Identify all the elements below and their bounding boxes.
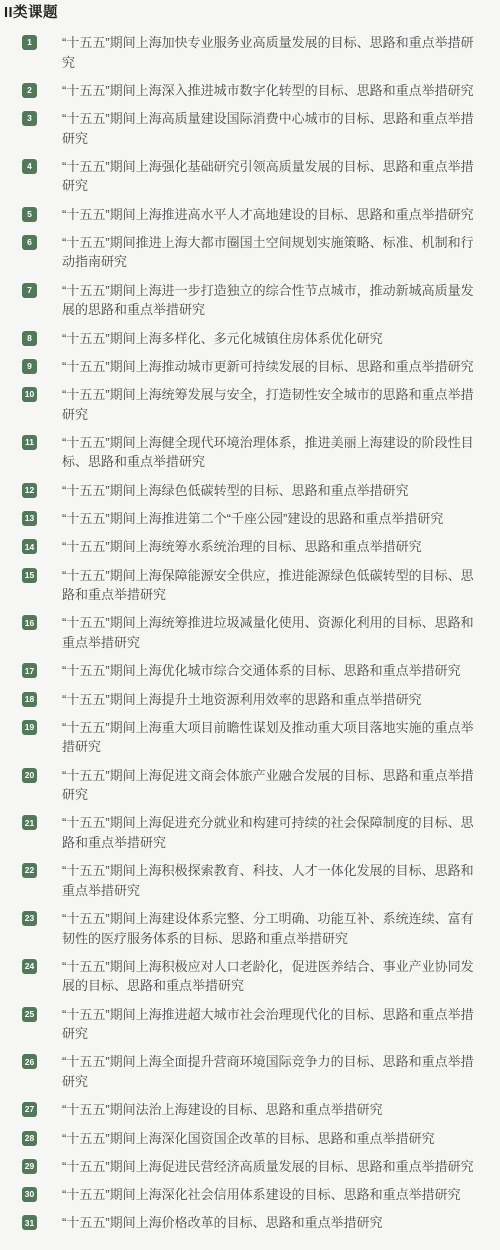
document-page: II类课题 1 “十五五”期间上海加快专业服务业高质量发展的目标、思路和重点举措… (0, 0, 500, 1250)
topic-item: 17 “十五五”期间上海优化城市综合交通体系的目标、思路和重点举措研究 (0, 661, 500, 681)
topic-item: 24 “十五五”期间上海积极应对人口老龄化，促进医养结合、事业产业协同发展的目标… (0, 957, 500, 996)
topic-title: “十五五”期间上海统筹发展与安全，打造韧性安全城市的思路和重点举措研究 (62, 385, 484, 424)
topic-number-badge: 15 (22, 568, 37, 583)
topic-title: “十五五”期间推进上海大都市圈国土空间规划实施策略、标准、机制和行动指南研究 (62, 233, 484, 272)
topic-item: 26 “十五五”期间上海全面提升营商环境国际竞争力的目标、思路和重点举措研究 (0, 1052, 500, 1091)
topic-item: 7 “十五五”期间上海进一步打造独立的综合性节点城市，推动新城高质量发展的思路和… (0, 281, 500, 320)
topic-number-badge: 12 (22, 483, 37, 498)
topic-title: “十五五”期间上海推进超大城市社会治理现代化的目标、思路和重点举措研究 (62, 1005, 484, 1044)
topic-number-badge: 28 (22, 1131, 37, 1146)
topic-item: 21 “十五五”期间上海促进充分就业和构建可持续的社会保障制度的目标、思路和重点… (0, 813, 500, 852)
topic-number-badge: 27 (22, 1102, 37, 1117)
topic-item: 30 “十五五”期间上海深化社会信用体系建设的目标、思路和重点举措研究 (0, 1185, 500, 1205)
topic-title: “十五五”期间上海积极应对人口老龄化，促进医养结合、事业产业协同发展的目标、思路… (62, 957, 484, 996)
topic-number-badge: 9 (22, 359, 37, 374)
topic-item: 31 “十五五”期间上海价格改革的目标、思路和重点举措研究 (0, 1213, 500, 1233)
topic-number-badge: 19 (22, 720, 37, 735)
topic-item: 27 “十五五”期间法治上海建设的目标、思路和重点举措研究 (0, 1100, 500, 1120)
topic-item: 28 “十五五”期间上海深化国资国企改革的目标、思路和重点举措研究 (0, 1129, 500, 1149)
topic-number-badge: 25 (22, 1007, 37, 1022)
topic-item: 10 “十五五”期间上海统筹发展与安全，打造韧性安全城市的思路和重点举措研究 (0, 385, 500, 424)
topic-number-badge: 21 (22, 815, 37, 830)
topic-title: “十五五”期间上海强化基础研究引领高质量发展的目标、思路和重点举措研究 (62, 157, 484, 196)
topic-number-badge: 11 (22, 435, 37, 450)
topic-item: 23 “十五五”期间上海建设体系完整、分工明确、功能互补、系统连续、富有韧性的医… (0, 909, 500, 948)
topic-title: “十五五”期间上海保障能源安全供应，推进能源绿色低碳转型的目标、思路和重点举措研… (62, 566, 484, 605)
topic-title: “十五五”期间上海深化社会信用体系建设的目标、思路和重点举措研究 (62, 1185, 484, 1205)
topic-title: “十五五”期间上海重大项目前瞻性谋划及推动重大项目落地实施的重点举措研究 (62, 718, 484, 757)
topic-title: “十五五”期间上海统筹水系统治理的目标、思路和重点举措研究 (62, 537, 484, 557)
topic-item: 22 “十五五”期间上海积极探索教育、科技、人才一体化发展的目标、思路和重点举措… (0, 861, 500, 900)
topic-title: “十五五”期间上海价格改革的目标、思路和重点举措研究 (62, 1213, 484, 1233)
topic-item: 3 “十五五”期间上海高质量建设国际消费中心城市的目标、思路和重点举措研究 (0, 109, 500, 148)
topic-title: “十五五”期间上海健全现代环境治理体系，推进美丽上海建设的阶段性目标、思路和重点… (62, 433, 484, 472)
topic-item: 1 “十五五”期间上海加快专业服务业高质量发展的目标、思路和重点举措研究 (0, 33, 500, 72)
topic-item: 2 “十五五”期间上海深入推进城市数字化转型的目标、思路和重点举措研究 (0, 81, 500, 101)
topic-title: “十五五”期间上海促进文商会体旅产业融合发展的目标、思路和重点举措研究 (62, 766, 484, 805)
topic-number-badge: 16 (22, 615, 37, 630)
topic-title: “十五五”期间上海绿色低碳转型的目标、思路和重点举措研究 (62, 481, 484, 501)
topic-number-badge: 29 (22, 1159, 37, 1174)
topic-title: “十五五”期间上海建设体系完整、分工明确、功能互补、系统连续、富有韧性的医疗服务… (62, 909, 484, 948)
topic-title: “十五五”期间上海促进民营经济高质量发展的目标、思路和重点举措研究 (62, 1157, 484, 1177)
topic-item: 4 “十五五”期间上海强化基础研究引领高质量发展的目标、思路和重点举措研究 (0, 157, 500, 196)
topic-number-badge: 5 (22, 207, 37, 222)
topic-item: 14 “十五五”期间上海统筹水系统治理的目标、思路和重点举措研究 (0, 537, 500, 557)
topic-item: 11 “十五五”期间上海健全现代环境治理体系，推进美丽上海建设的阶段性目标、思路… (0, 433, 500, 472)
topic-item: 18 “十五五”期间上海提升土地资源利用效率的思路和重点举措研究 (0, 690, 500, 710)
topic-number-badge: 6 (22, 235, 37, 250)
topic-number-badge: 26 (22, 1054, 37, 1069)
topic-title: “十五五”期间上海优化城市综合交通体系的目标、思路和重点举措研究 (62, 661, 484, 681)
topic-number-badge: 20 (22, 768, 37, 783)
topic-number-badge: 3 (22, 111, 37, 126)
topic-title: “十五五”期间上海多样化、多元化城镇住房体系优化研究 (62, 329, 484, 349)
topic-number-badge: 4 (22, 159, 37, 174)
topic-list: 1 “十五五”期间上海加快专业服务业高质量发展的目标、思路和重点举措研究 2 “… (0, 33, 500, 1233)
topic-item: 12 “十五五”期间上海绿色低碳转型的目标、思路和重点举措研究 (0, 481, 500, 501)
topic-item: 20 “十五五”期间上海促进文商会体旅产业融合发展的目标、思路和重点举措研究 (0, 766, 500, 805)
topic-number-badge: 22 (22, 863, 37, 878)
topic-item: 9 “十五五”期间上海推动城市更新可持续发展的目标、思路和重点举措研究 (0, 357, 500, 377)
topic-number-badge: 2 (22, 83, 37, 98)
topic-title: “十五五”期间上海统筹推进垃圾减量化使用、资源化利用的目标、思路和重点举措研究 (62, 613, 484, 652)
topic-item: 6 “十五五”期间推进上海大都市圈国土空间规划实施策略、标准、机制和行动指南研究 (0, 233, 500, 272)
topic-number-badge: 31 (22, 1215, 37, 1230)
topic-item: 16 “十五五”期间上海统筹推进垃圾减量化使用、资源化利用的目标、思路和重点举措… (0, 613, 500, 652)
topic-item: 19 “十五五”期间上海重大项目前瞻性谋划及推动重大项目落地实施的重点举措研究 (0, 718, 500, 757)
topic-number-badge: 23 (22, 911, 37, 926)
section-title: II类课题 (0, 4, 500, 23)
topic-number-badge: 24 (22, 959, 37, 974)
topic-title: “十五五”期间法治上海建设的目标、思路和重点举措研究 (62, 1100, 484, 1120)
topic-item: 29 “十五五”期间上海促进民营经济高质量发展的目标、思路和重点举措研究 (0, 1157, 500, 1177)
topic-title: “十五五”期间上海加快专业服务业高质量发展的目标、思路和重点举措研究 (62, 33, 484, 72)
topic-title: “十五五”期间上海推动城市更新可持续发展的目标、思路和重点举措研究 (62, 357, 484, 377)
topic-number-badge: 1 (22, 35, 37, 50)
topic-number-badge: 30 (22, 1187, 37, 1202)
topic-number-badge: 13 (22, 511, 37, 526)
topic-item: 25 “十五五”期间上海推进超大城市社会治理现代化的目标、思路和重点举措研究 (0, 1005, 500, 1044)
topic-title: “十五五”期间上海高质量建设国际消费中心城市的目标、思路和重点举措研究 (62, 109, 484, 148)
topic-title: “十五五”期间上海促进充分就业和构建可持续的社会保障制度的目标、思路和重点举措研… (62, 813, 484, 852)
topic-title: “十五五”期间上海积极探索教育、科技、人才一体化发展的目标、思路和重点举措研究 (62, 861, 484, 900)
topic-item: 13 “十五五”期间上海推进第二个“千座公园”建设的思路和重点举措研究 (0, 509, 500, 529)
topic-title: “十五五”期间上海推进高水平人才高地建设的目标、思路和重点举措研究 (62, 205, 484, 225)
topic-item: 15 “十五五”期间上海保障能源安全供应，推进能源绿色低碳转型的目标、思路和重点… (0, 566, 500, 605)
topic-title: “十五五”期间上海进一步打造独立的综合性节点城市，推动新城高质量发展的思路和重点… (62, 281, 484, 320)
topic-title: “十五五”期间上海深入推进城市数字化转型的目标、思路和重点举措研究 (62, 81, 484, 101)
topic-title: “十五五”期间上海推进第二个“千座公园”建设的思路和重点举措研究 (62, 509, 484, 529)
topic-title: “十五五”期间上海提升土地资源利用效率的思路和重点举措研究 (62, 690, 484, 710)
topic-item: 5 “十五五”期间上海推进高水平人才高地建设的目标、思路和重点举措研究 (0, 205, 500, 225)
topic-item: 8 “十五五”期间上海多样化、多元化城镇住房体系优化研究 (0, 329, 500, 349)
topic-number-badge: 14 (22, 539, 37, 554)
topic-number-badge: 17 (22, 663, 37, 678)
topic-number-badge: 10 (22, 387, 37, 402)
topic-number-badge: 8 (22, 331, 37, 346)
topic-title: “十五五”期间上海全面提升营商环境国际竞争力的目标、思路和重点举措研究 (62, 1052, 484, 1091)
topic-number-badge: 7 (22, 283, 37, 298)
topic-title: “十五五”期间上海深化国资国企改革的目标、思路和重点举措研究 (62, 1129, 484, 1149)
topic-number-badge: 18 (22, 692, 37, 707)
